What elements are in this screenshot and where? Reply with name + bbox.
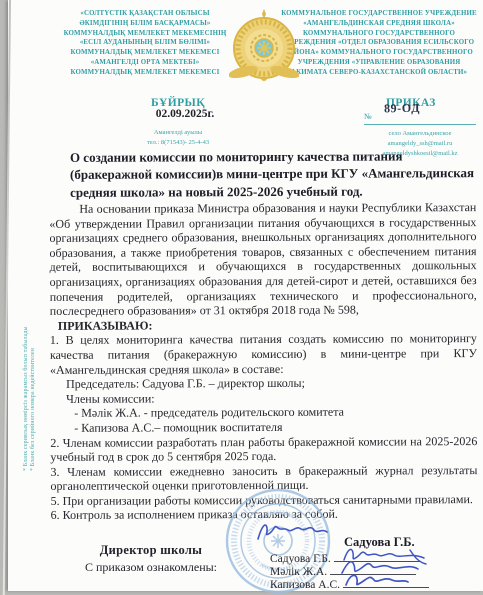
preamble-paragraph: На основании приказа Министра образовани… xyxy=(49,200,477,319)
village-ru: село Амангельдинское xyxy=(360,129,480,139)
order-date: 02.09.2025г. xyxy=(130,108,240,120)
document-page: «СОЛТҮСТІК ҚАЗАҚСТАН ОБЛЫСЫ ӘКІМДІГІНІҢ … xyxy=(8,0,483,591)
signature-line xyxy=(343,577,429,588)
order-block-kazakh: БҰЙРЫҚ 02.09.2025г. xyxy=(116,97,240,120)
director-name: Садуова Г.Б. xyxy=(344,535,415,550)
signature-rows: Садуова Г.Б. Мәлік Ж.А. Капизова А.С. xyxy=(270,551,429,591)
blank-validity-margin-note: * Бланк сериялық нөмірсіз жарамсыз болып… xyxy=(23,193,36,471)
footer-left-block: Директор школы С приказом ознакомлены: xyxy=(66,543,236,575)
margin-note-kazakh: * Бланк сериялық нөмірсіз жарамсыз болып… xyxy=(23,193,29,471)
scanned-order-document: { "header": { "left_org": "«СОЛТҮСТІК ҚА… xyxy=(0,0,483,595)
signature-line xyxy=(334,551,420,562)
order-body: На основании приказа Министра образовани… xyxy=(49,200,477,523)
phone: тел.: 8(71543)- 25-4-43 xyxy=(116,138,240,148)
director-label: Директор школы xyxy=(66,543,236,558)
address-kazakh: Амангелді ауылы тел.: 8(71543)- 25-4-43 xyxy=(116,128,240,148)
kazakhstan-emblem-icon xyxy=(229,8,299,90)
signature-row-malik: Мәлік Ж.А. xyxy=(270,564,429,577)
signer-name: Мәлік Ж.А. xyxy=(270,566,327,578)
village-kk: Амангелді ауылы xyxy=(116,128,240,138)
order-item-1: 1. В целях мониторинга качества питания … xyxy=(50,331,477,377)
acknowledged-label: С приказом ознакомлены: xyxy=(66,560,236,575)
signature-row-saduova: Садуова Г.Б. xyxy=(270,551,429,564)
margin-note-russian: * Бланк без серийного номера недействите… xyxy=(30,193,36,471)
signature-row-kapizova: Капизова А.С. xyxy=(270,577,429,590)
signer-name: Садуова Г.Б. xyxy=(270,553,331,565)
signature-line xyxy=(330,564,416,575)
org-name-russian: КОММУНАЛЬНОЕ ГОСУДАРСТВЕННОЕ УЧРЕЖДЕНИЕ … xyxy=(280,9,478,78)
signer-name: Капизова А.С. xyxy=(270,579,340,591)
org-name-kazakh: «СОЛТҮСТІК ҚАЗАҚСТАН ОБЛЫСЫ ӘКІМДІГІНІҢ … xyxy=(62,9,228,78)
order-title: О создании комиссии по мониторингу качес… xyxy=(70,147,479,201)
order-number-line: № xyxy=(364,112,476,125)
order-item-2: 2. Членам комиссии разработать план рабо… xyxy=(50,434,477,465)
